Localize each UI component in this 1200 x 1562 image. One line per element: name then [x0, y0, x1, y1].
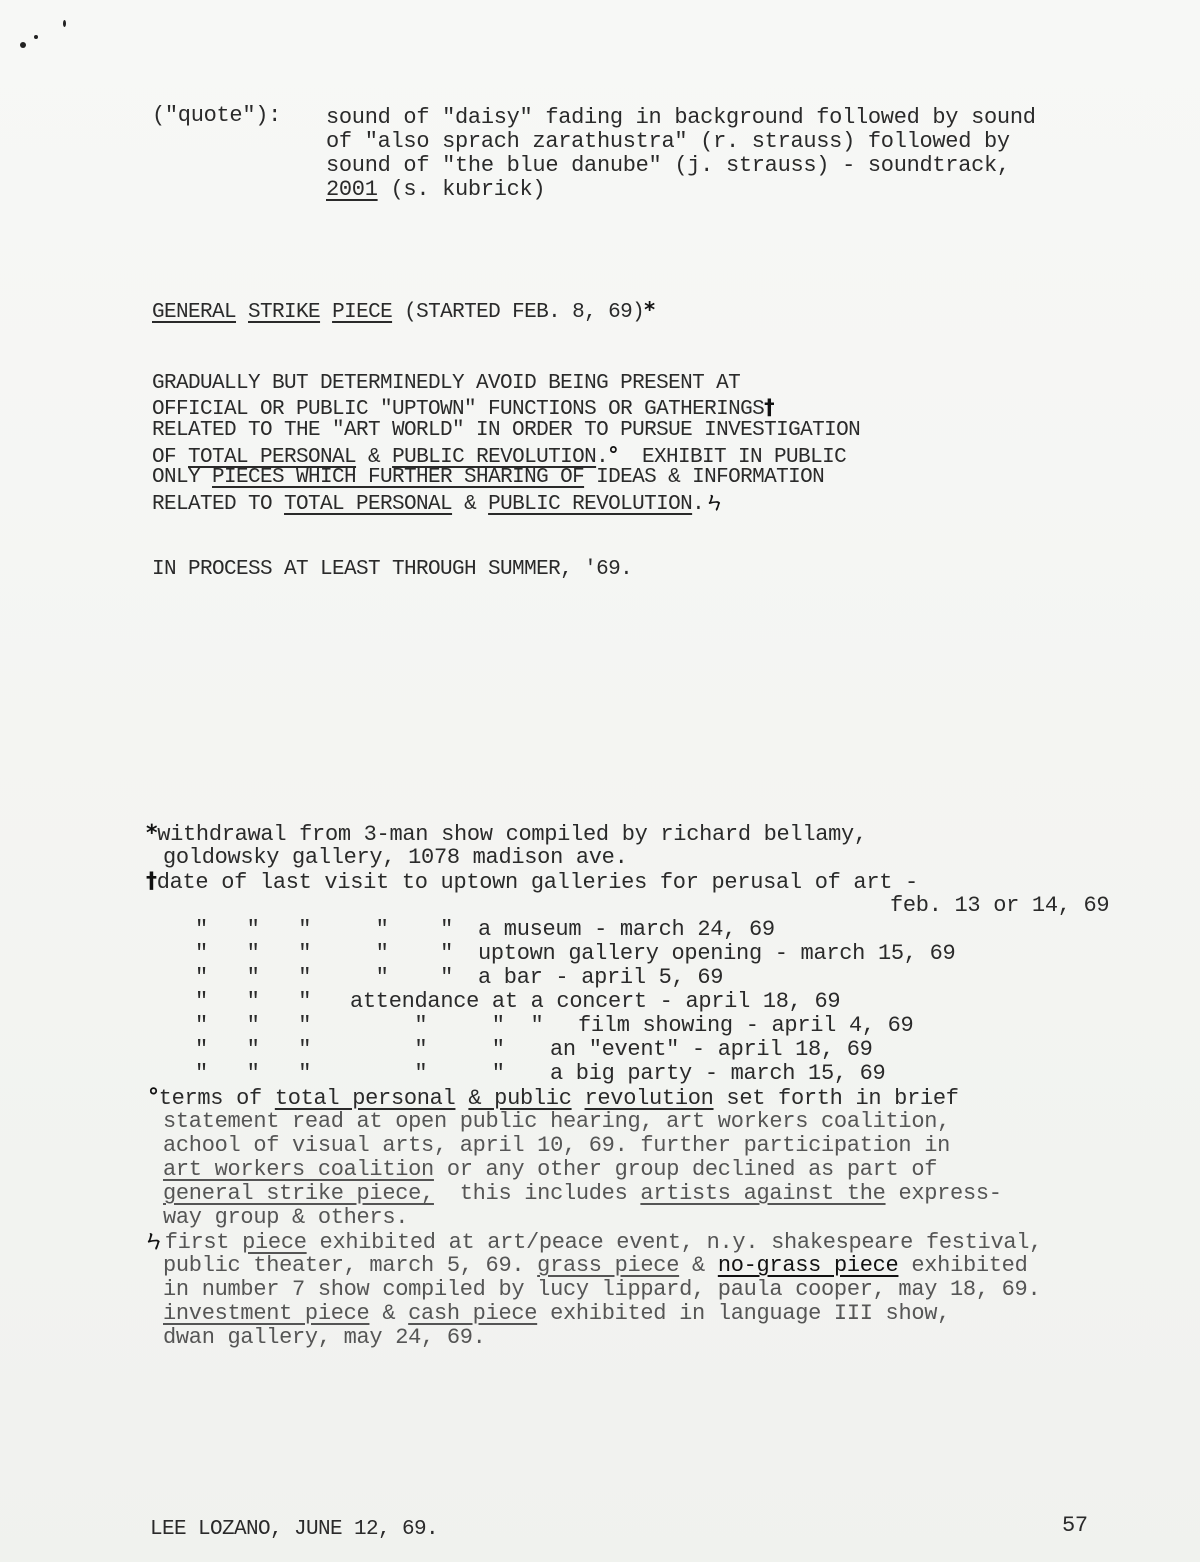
ditto-marks: " " " " "	[195, 942, 453, 966]
footnote-degree-line-4: art workers coalition or any other group…	[163, 1158, 937, 1182]
ditto-entry-gallery-opening: uptown gallery opening - march 15, 69	[478, 942, 955, 966]
body-line-3: RELATED TO THE "ART WORLD" IN ORDER TO P…	[152, 419, 860, 443]
process-note: IN PROCESS AT LEAST THROUGH SUMMER, '69.	[152, 558, 632, 582]
signature: LEE LOZANO, JUNE 12, 69.	[150, 1518, 438, 1542]
footnote-degree-line-6: way group & others.	[163, 1206, 408, 1230]
footnote-four-line-1: ㄣfirst piece exhibited at art/peace even…	[143, 1230, 1042, 1255]
document-page: ("quote"): sound of "daisy" fading in ba…	[0, 0, 1200, 1562]
degree-mark: °	[148, 1085, 159, 1110]
footnote-degree-line-2: statement read at open public hearing, a…	[163, 1110, 950, 1134]
ditto-marks: " " " " " "	[195, 1014, 543, 1038]
footnote-four-line-4: investment piece & cash piece exhibited …	[163, 1302, 950, 1326]
ditto-entry-museum: a museum - march 24, 69	[478, 918, 775, 942]
quote-line-2: of "also sprach zarathustra" (r. strauss…	[326, 130, 1010, 154]
body-line-5: ONLY PIECES WHICH FURTHER SHARING OF IDE…	[152, 466, 824, 490]
footnote-dagger-line-1: †date of last visit to uptown galleries …	[146, 870, 918, 895]
body-line-6: RELATED TO TOTAL PERSONAL & PUBLIC REVOL…	[152, 490, 725, 517]
ditto-marks: " " " " "	[195, 1038, 505, 1062]
ditto-marks: " " " " "	[195, 918, 453, 942]
ink-speck	[34, 35, 38, 39]
footnote-degree-line-1: °terms of total personal & public revolu…	[148, 1086, 959, 1111]
ditto-entry-event: an "event" - april 18, 69	[550, 1038, 873, 1062]
quote-line-1: sound of "daisy" fading in background fo…	[326, 106, 1036, 130]
body-line-2: OFFICIAL OR PUBLIC "UPTOWN" FUNCTIONS OR…	[152, 395, 774, 422]
quote-label: ("quote"):	[152, 104, 281, 128]
four-mark: ㄣ	[704, 490, 724, 514]
footnote-dagger-line-2: feb. 13 or 14, 69	[890, 894, 1109, 918]
asterisk-mark: *	[644, 298, 654, 322]
footnote-four-line-5: dwan gallery, may 24, 69.	[163, 1326, 486, 1350]
footnote-four-line-3: in number 7 show compiled by lucy lippar…	[163, 1278, 1040, 1302]
ditto-marks: " " " " "	[195, 1062, 505, 1086]
ditto-entry-film: film showing - april 4, 69	[578, 1014, 913, 1038]
quote-line-3: sound of "the blue danube" (j. strauss) …	[326, 154, 1010, 178]
degree-mark: °	[608, 443, 618, 467]
footnote-degree-line-3: achool of visual arts, april 10, 69. fur…	[163, 1134, 950, 1158]
body-line-1: GRADUALLY BUT DETERMINEDLY AVOID BEING P…	[152, 372, 740, 396]
footnote-degree-line-5: general strike piece, this includes arti…	[163, 1182, 1002, 1206]
four-mark: ㄣ	[143, 1229, 165, 1254]
dagger-mark: †	[146, 869, 157, 894]
ditto-marks: " " "	[195, 990, 311, 1014]
ink-speck	[20, 42, 26, 48]
footnote-asterisk-line-2: goldowsky gallery, 1078 madison ave.	[163, 846, 627, 870]
quote-line-4: 2001 (s. kubrick)	[326, 178, 545, 202]
page-number: 57	[1062, 1514, 1088, 1538]
footnote-four-line-2: public theater, march 5, 69. grass piece…	[163, 1254, 1028, 1278]
ditto-marks: " " " " "	[195, 966, 453, 990]
footnote-asterisk-line-1: *withdrawal from 3-man show compiled by …	[146, 822, 867, 847]
film-title-2001: 2001	[326, 177, 378, 202]
ditto-entry-bar: a bar - april 5, 69	[478, 966, 723, 990]
dagger-mark: †	[764, 395, 774, 419]
ditto-entry-concert: attendance at a concert - april 18, 69	[350, 990, 840, 1014]
asterisk-mark: *	[146, 821, 157, 846]
piece-title: GENERAL STRIKE PIECE (STARTED FEB. 8, 69…	[152, 298, 655, 325]
ditto-entry-party: a big party - march 15, 69	[550, 1062, 885, 1086]
ink-speck	[63, 20, 66, 27]
